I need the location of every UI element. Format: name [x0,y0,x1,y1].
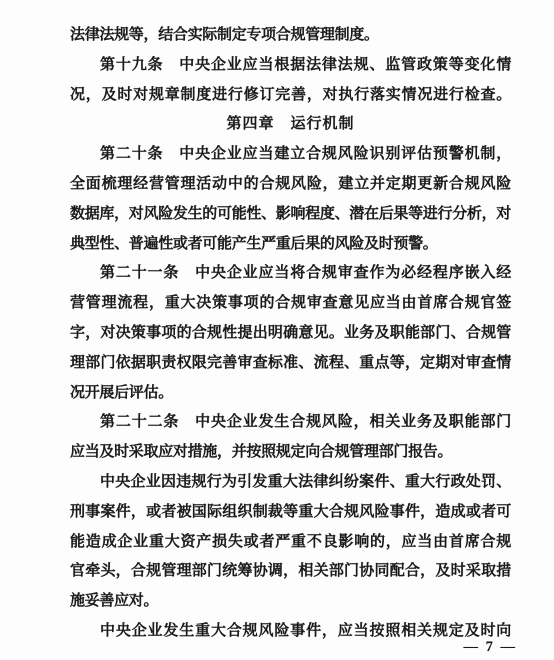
document-text-block: 法律法规等，结合实际制定专项合规管理制度。第十九条 中央企业应当根据法律法规、监… [70,21,511,647]
text-line: 施妥善应对。 [70,587,511,617]
text-segment: 法律法规等，结合实际制定专项合规管理制度。 [70,27,379,43]
text-segment: 数据库，对风险发生的可能性、影响程度、潜在后果等进行分析，对 [70,206,511,222]
text-line: 法律法规等，结合实际制定专项合规管理制度。 [70,21,511,51]
text-segment: 能造成企业重大资产损失或者严重不良影响的，应当由首席合规 [70,534,511,550]
text-segment: 况，及时对规章制度进行修订完善，对执行落实情况进行检查。 [70,87,511,103]
text-segment: 官牵头，合规管理部门统筹协调，相关部门协同配合，及时采取措 [70,563,511,579]
text-line: 况开展后评估。 [70,379,511,409]
text-line: 数据库，对风险发生的可能性、影响程度、潜在后果等进行分析，对 [70,200,511,230]
text-segment: 中央企业发生合规风险，相关业务及职能部门 [179,414,511,430]
text-segment: 典型性、普遍性或者可能产生严重后果的风险及时预警。 [70,236,438,252]
text-line: 第二十二条 中央企业发生合规风险，相关业务及职能部门 [70,408,511,438]
text-line: 应当及时采取应对措施，并按照规定向合规管理部门报告。 [70,438,511,468]
text-line: 全面梳理经营管理活动中的合规风险，建立并定期更新合规风险 [70,170,511,200]
text-segment: 理部门依据职责权限完善审查标准、流程、重点等，定期对审查情 [70,355,511,371]
page-number: — 7 — [464,634,518,660]
text-segment: 中央企业应当根据法律法规、监管政策等变化情 [163,57,511,73]
text-line: 第二十一条 中央企业应当将合规审查作为必经程序嵌入经 [70,259,511,289]
article-number-label: 第二十一条 [100,265,179,281]
article-number-label: 第十九条 [100,57,163,73]
text-segment: 施妥善应对。 [70,593,158,609]
text-segment: 中央企业发生重大合规风险事件，应当按照相关规定及时向 [100,623,511,639]
text-line: 能造成企业重大资产损失或者严重不良影响的，应当由首席合规 [70,528,511,558]
document-page: 法律法规等，结合实际制定专项合规管理制度。第十九条 中央企业应当根据法律法规、监… [0,0,554,660]
text-line: 营管理流程，重大决策事项的合规审查意见应当由首席合规官签 [70,289,511,319]
text-line: 中央企业发生重大合规风险事件，应当按照相关规定及时向 [70,617,511,647]
text-segment: 况开展后评估。 [70,385,173,401]
text-segment: 中央企业应当建立合规风险识别评估预警机制， [163,146,511,162]
article-number-label: 第二十二条 [100,414,179,430]
text-line: 典型性、普遍性或者可能产生严重后果的风险及时预警。 [70,230,511,260]
text-line: 况，及时对规章制度进行修订完善，对执行落实情况进行检查。 [70,81,511,111]
text-segment: 中央企业因违规行为引发重大法律纠纷案件、重大行政处罚、 [100,474,511,490]
chapter-title-text: 第四章 运行机制 [226,116,354,132]
text-segment: 中央企业应当将合规审查作为必经程序嵌入经 [179,265,511,281]
text-line: 字，对决策事项的合规性提出明确意见。业务及职能部门、合规管 [70,319,511,349]
text-line: 第十九条 中央企业应当根据法律法规、监管政策等变化情 [70,51,511,81]
text-segment: 应当及时采取应对措施，并按照规定向合规管理部门报告。 [70,444,452,460]
text-line: 第二十条 中央企业应当建立合规风险识别评估预警机制， [70,140,511,170]
text-segment: 全面梳理经营管理活动中的合规风险，建立并定期更新合规风险 [70,176,511,192]
article-number-label: 第二十条 [100,146,163,162]
text-line: 理部门依据职责权限完善审查标准、流程、重点等，定期对审查情 [70,349,511,379]
text-line: 刑事案件，或者被国际组织制裁等重大合规风险事件，造成或者可 [70,498,511,528]
chapter-heading: 第四章 运行机制 [70,110,511,140]
text-line: 中央企业因违规行为引发重大法律纠纷案件、重大行政处罚、 [70,468,511,498]
text-segment: 刑事案件，或者被国际组织制裁等重大合规风险事件，造成或者可 [70,504,511,520]
text-segment: 营管理流程，重大决策事项的合规审查意见应当由首席合规官签 [70,295,511,311]
text-segment: 字，对决策事项的合规性提出明确意见。业务及职能部门、合规管 [70,325,511,341]
text-line: 官牵头，合规管理部门统筹协调，相关部门协同配合，及时采取措 [70,557,511,587]
